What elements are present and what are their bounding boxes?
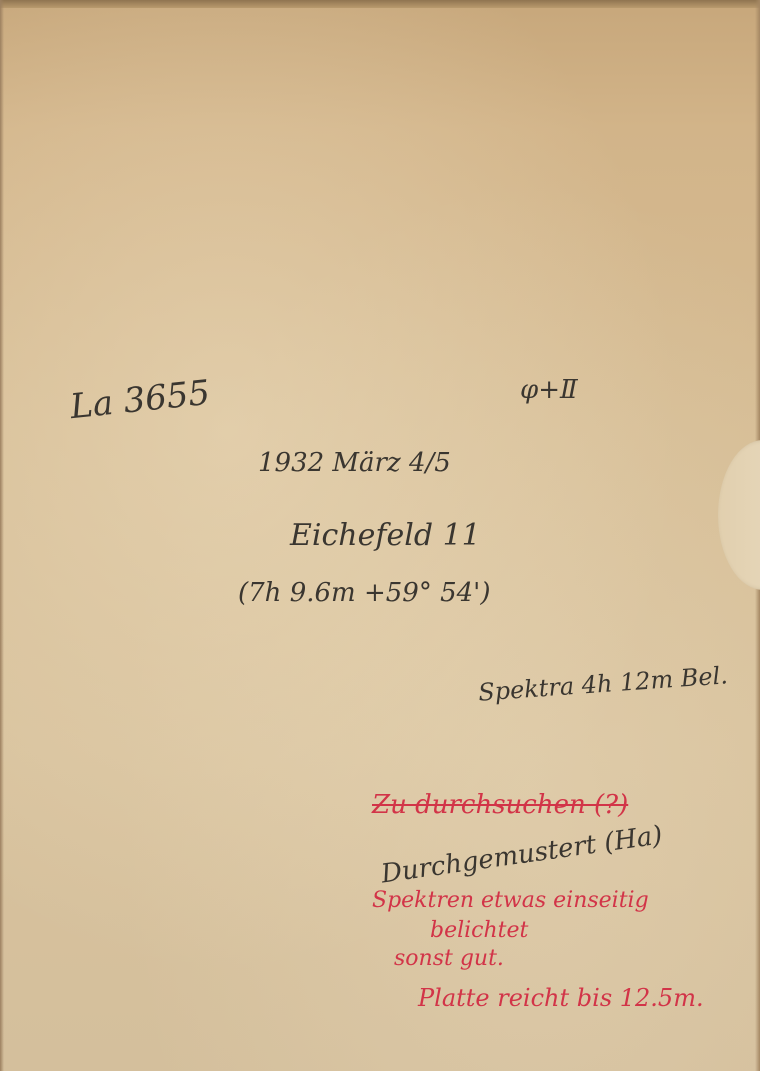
red-note-line-1: Spektren etwas einseitig [372, 888, 649, 913]
type-mark: φ+Ⅱ [520, 375, 578, 405]
inspection-note: Durchgemustert (Ha) [379, 820, 664, 889]
plate-envelope: La 3655 φ+Ⅱ 1932 März 4/5 Eichefeld 11 (… [0, 0, 760, 1071]
struck-red-note: Zu durchsuchen (?) [372, 790, 628, 820]
thumb-cutout [718, 440, 760, 590]
observatory-name: Eichefeld 11 [290, 518, 481, 553]
red-note-line-3: sonst gut. [394, 946, 504, 971]
envelope-top-fold [0, 0, 760, 8]
coordinates: (7h 9.6m +59° 54') [238, 578, 490, 608]
red-note-line-2: belichtet [430, 918, 528, 943]
exposure-note: Spektra 4h 12m Bel. [477, 661, 728, 706]
observation-date: 1932 März 4/5 [258, 448, 451, 478]
catalog-id: La 3655 [68, 373, 212, 427]
red-note-line-4: Platte reicht bis 12.5m. [418, 984, 704, 1012]
envelope-left-edge [0, 0, 4, 1071]
